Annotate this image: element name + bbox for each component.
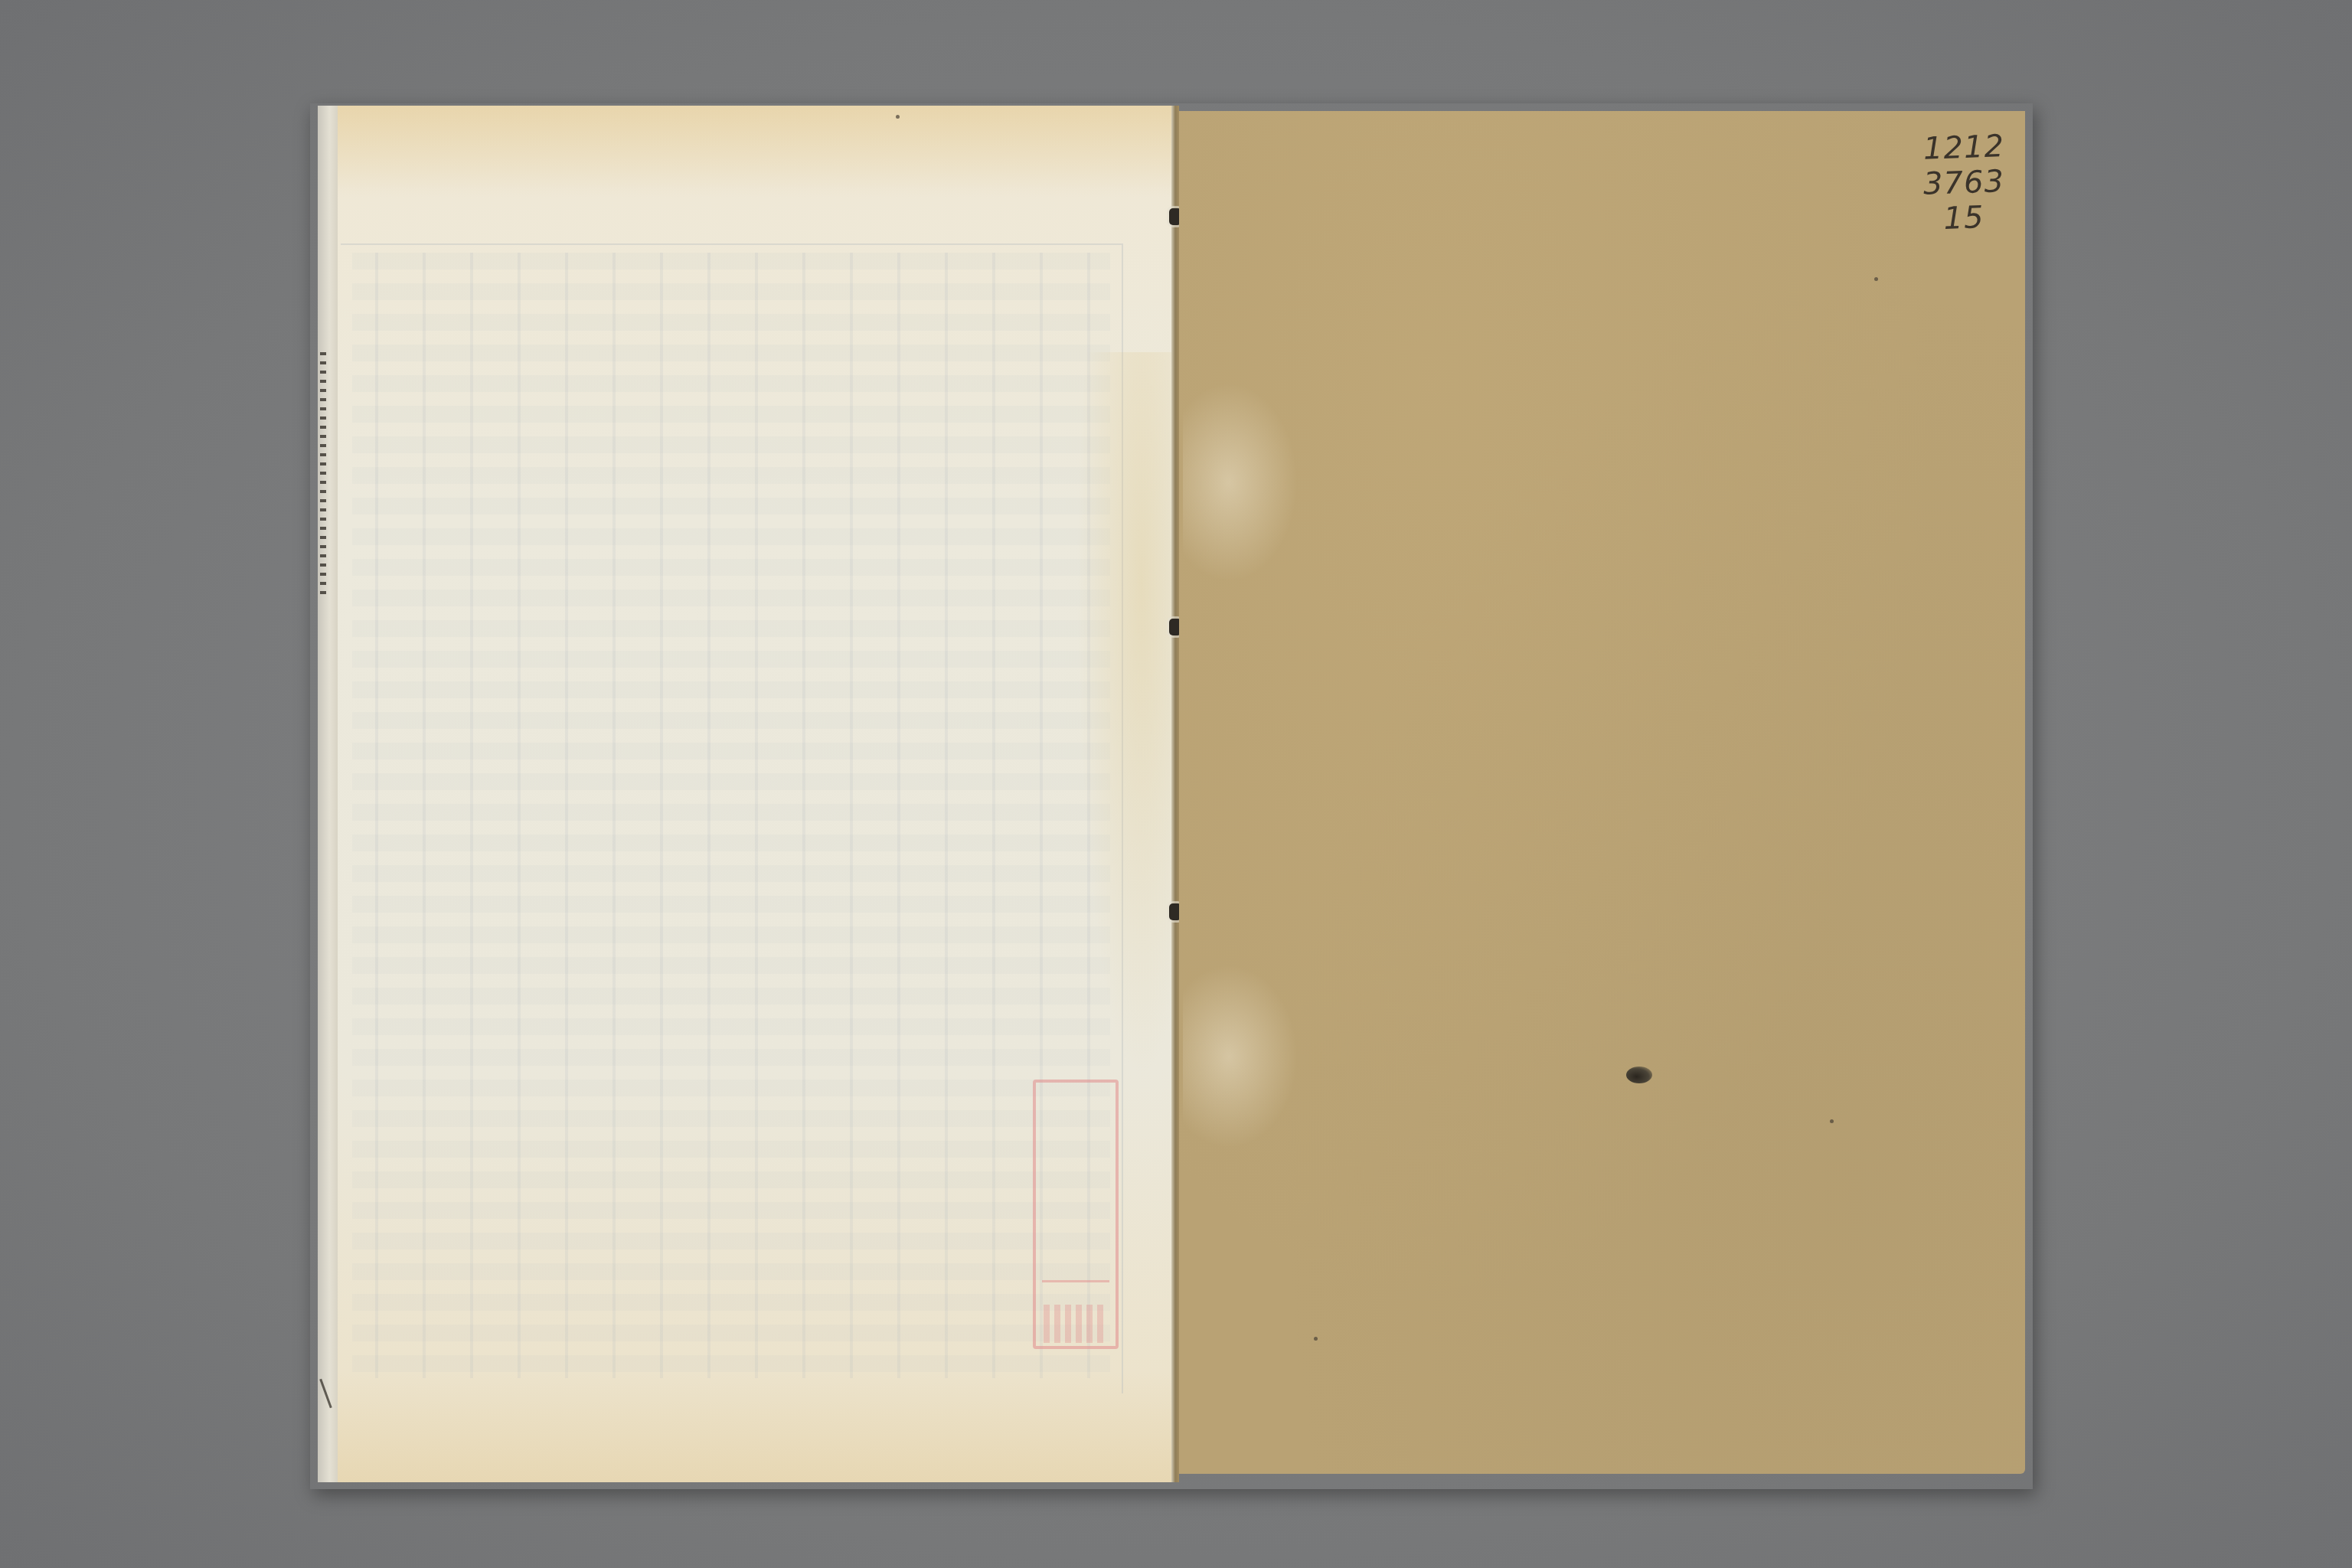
- red-seal-stamp: [1033, 1080, 1119, 1349]
- book-spine-gutter: [1171, 106, 1179, 1482]
- show-through-text-columns: [352, 253, 1110, 1378]
- call-number-line-3: 15: [1917, 199, 2011, 237]
- cover-damage-spot: [1626, 1067, 1652, 1083]
- right-page-cover: [1179, 111, 2025, 1474]
- seal-divider: [1042, 1280, 1109, 1282]
- left-page-top-stain: [318, 106, 1177, 198]
- speck: [1874, 277, 1878, 281]
- call-number-line-2: 3763: [1917, 164, 2011, 202]
- call-number-line-1: 1212: [1917, 129, 2011, 167]
- cover-scuff-lower: [1183, 965, 1298, 1148]
- left-page-water-stain: [1072, 352, 1171, 1118]
- seal-glyphs: [1044, 1305, 1108, 1343]
- speck: [896, 115, 900, 119]
- call-number-label: 1212 3763 15: [1918, 130, 2010, 236]
- page-edge-ink-marks: [320, 352, 326, 597]
- speck: [1830, 1119, 1834, 1123]
- left-page-stack-edge: [318, 106, 338, 1482]
- speck: [1314, 1337, 1318, 1341]
- cover-scuff-upper: [1183, 383, 1298, 582]
